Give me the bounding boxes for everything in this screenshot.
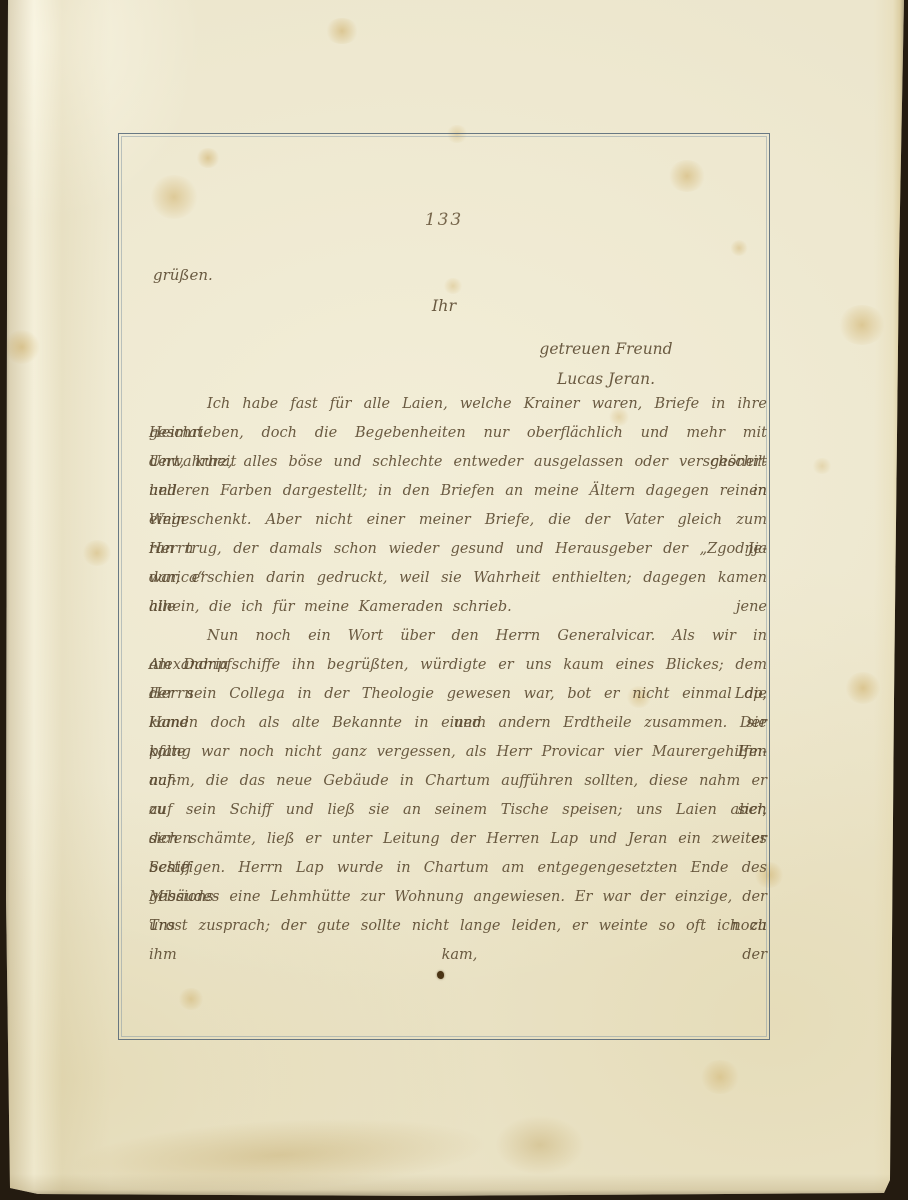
foxing-spot — [4, 330, 40, 364]
bottom-smudge — [68, 1109, 491, 1200]
handwriting-line: ran trug, der damals schon wieder gesund… — [149, 535, 767, 564]
paper-sheet: 133 grüßen. Ihr getreuen Freund Lucas Je… — [0, 0, 908, 1200]
handwriting-line: sich schämte, ließ er unter Leitung der … — [149, 825, 767, 854]
handwriting-line: nahm, die das neue Gebäude in Chartum au… — [149, 767, 767, 796]
closing-salutation: Ihr — [119, 296, 769, 315]
handwriting-line: kamen doch als alte Bekannte in einem an… — [149, 709, 767, 738]
handwriting-line: war, erschien darin gedruckt, weil sie W… — [149, 564, 767, 593]
foxing-spot — [325, 18, 359, 44]
foxing-spot — [82, 540, 112, 566]
handwriting-line: am Dampfschiffe ihn begrüßten, würdigte … — [149, 651, 767, 680]
photographed-album-page: 133 grüßen. Ihr getreuen Freund Lucas Je… — [0, 0, 908, 1200]
page-number: 133 — [119, 210, 769, 230]
foxing-spot — [812, 458, 832, 474]
handwriting-line: Ich habe fast für alle Laien, welche Kra… — [149, 390, 767, 419]
handwriting-line: Trost zusprach; der gute sollte nicht la… — [149, 912, 767, 941]
handwriting-line: gebäudes eine Lehmhütte zur Wohnung ange… — [149, 883, 767, 912]
foxing-spot — [838, 305, 886, 345]
carryover-word: grüßen. — [153, 266, 213, 284]
page-right-edge — [874, 0, 908, 1200]
handwriting-line: pfang war noch nicht ganz vergessen, als… — [149, 738, 767, 767]
handwriting-line: dert, kurz, alles böse und schlechte ent… — [149, 448, 767, 477]
foxing-spot — [700, 1060, 740, 1094]
foxing-spot — [845, 672, 881, 704]
handwriting-line: auf sein Schiff und ließ sie an seinem T… — [149, 796, 767, 825]
closing-valediction: getreuen Freund — [491, 334, 721, 364]
handwriting-line: geschrieben, doch die Begebenheiten nur … — [149, 419, 767, 448]
ruled-border-frame: 133 grüßen. Ihr getreuen Freund Lucas Je… — [118, 133, 770, 1040]
letter-body: Ich habe fast für alle Laien, welche Kra… — [149, 390, 767, 941]
bottom-smudge — [495, 1115, 585, 1175]
handwriting-line: helleren Farben dargestellt; in den Brie… — [149, 477, 767, 506]
handwriting-line: Nun noch ein Wort über den Herrn General… — [149, 622, 767, 651]
signature-block: getreuen Freund Lucas Jeran. — [491, 334, 721, 394]
handwriting-line: besteigen. Herrn Lap wurde in Chartum am… — [149, 854, 767, 883]
handwriting-line: der sein Collega in der Theologie gewese… — [149, 680, 767, 709]
binding-gutter-shadow — [0, 0, 110, 1200]
handwriting-line: eingeschenkt. Aber nicht einer meiner Br… — [149, 506, 767, 535]
